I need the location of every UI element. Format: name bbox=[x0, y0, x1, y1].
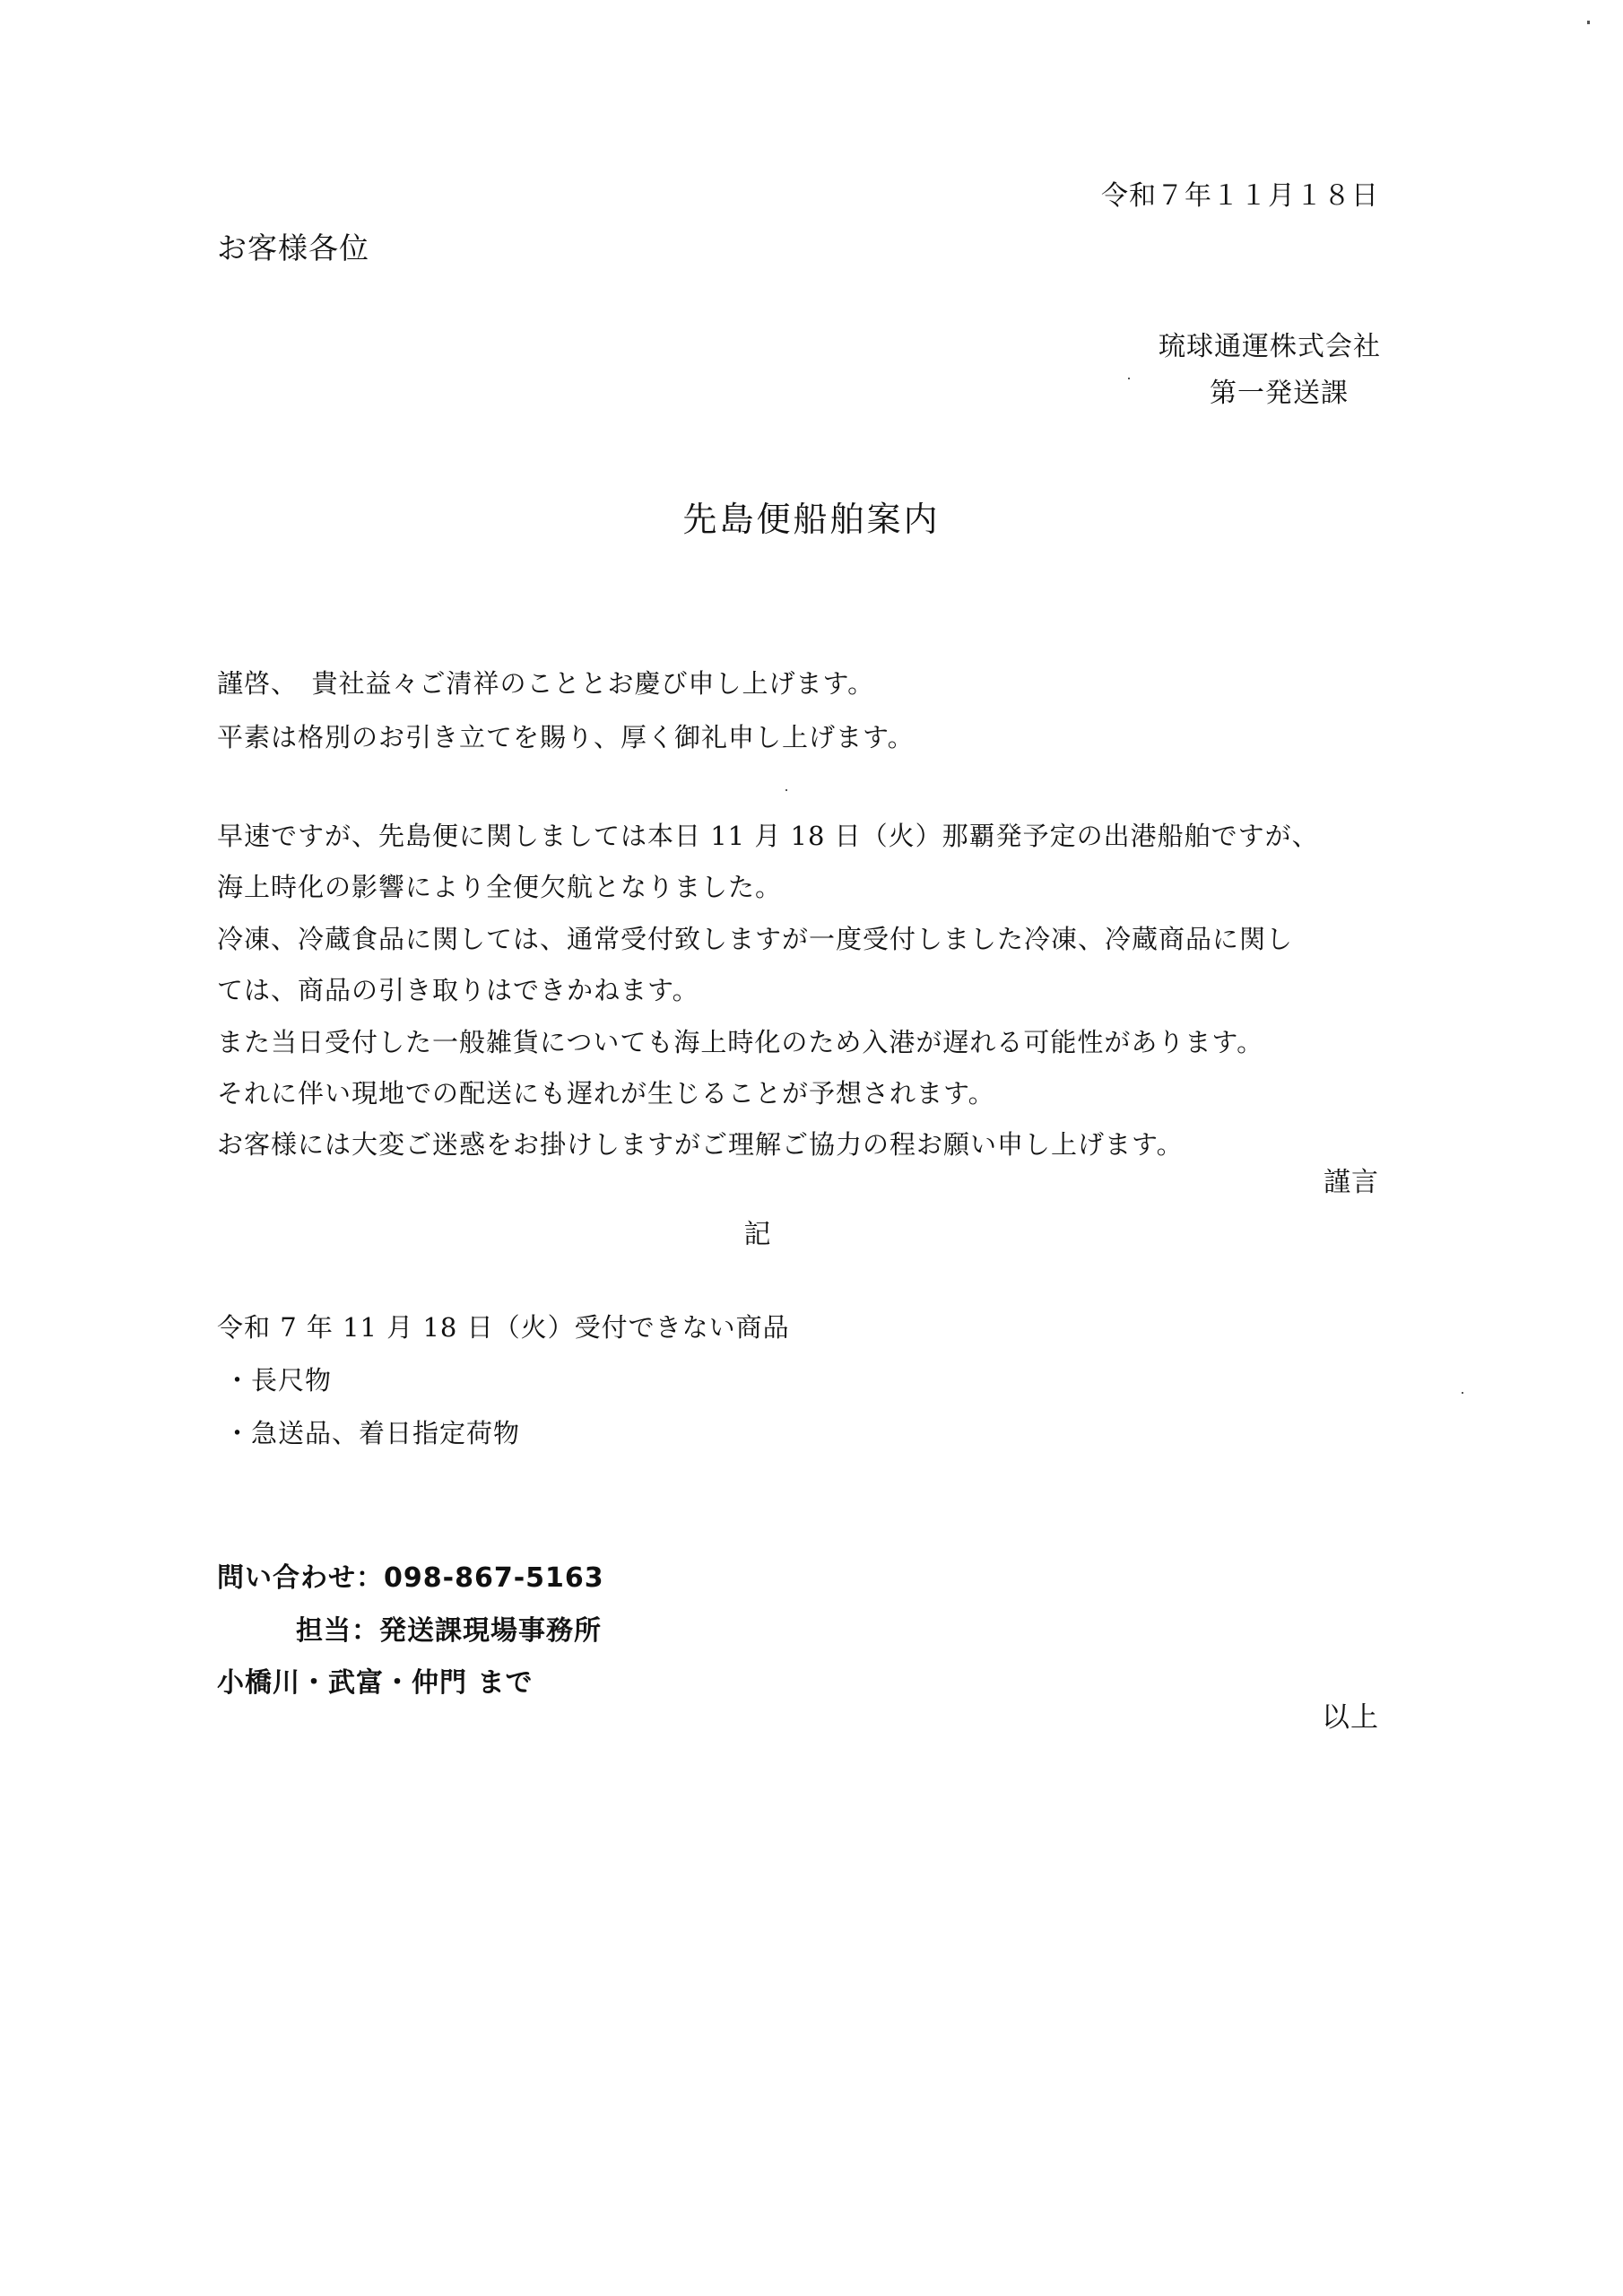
sender-company: 琉球通運株式会社 bbox=[1159, 334, 1381, 361]
document-page: 令和７年１１月１８日 お客様各位 琉球通運株式会社 第一発送課 先島便船舶案内 … bbox=[0, 0, 1623, 2296]
scan-speck bbox=[785, 789, 787, 791]
body-line: お客様には大変ご迷惑をお掛けしますがご理解ご協力の程お願い申し上げます。 bbox=[217, 1132, 1184, 1158]
document-title: 先島便船舶案内 bbox=[0, 502, 1623, 536]
scan-speck bbox=[1128, 378, 1130, 379]
scan-speck bbox=[1587, 21, 1590, 24]
contact-phone: 問い合わせ：098-867-5163 bbox=[217, 1565, 604, 1592]
addressee: お客様各位 bbox=[217, 233, 369, 263]
body-line: 海上時化の影響により全便欠航となりました。 bbox=[217, 874, 782, 900]
end-mark: 以上 bbox=[1322, 1704, 1379, 1732]
ki-heading: 記 bbox=[0, 1222, 1515, 1248]
notice-heading: 令和 7 年 11 月 18 日（火）受付できない商品 bbox=[217, 1315, 790, 1341]
notice-item: ・長尺物 bbox=[224, 1368, 332, 1394]
body-line: また当日受付した一般雑貨についても海上時化のため入港が遅れる可能性があります。 bbox=[217, 1030, 1263, 1056]
contact-names: 小橋川・武富・仲門 まで bbox=[217, 1670, 533, 1697]
document-date: 令和７年１１月１８日 bbox=[1101, 183, 1379, 210]
closing-phrase: 謹言 bbox=[1324, 1170, 1379, 1196]
body-line: それに伴い現地での配送にも遅れが生じることが予想されます。 bbox=[217, 1081, 995, 1107]
notice-item: ・急送品、着日指定荷物 bbox=[224, 1421, 520, 1447]
body-line: 冷凍、冷蔵食品に関しては、通常受付致しますが一度受付しました冷凍、冷蔵商品に関し bbox=[217, 926, 1293, 952]
greeting-line: 平素は格別のお引き立てを賜り、厚く御礼申し上げます。 bbox=[217, 725, 915, 751]
sender-department: 第一発送課 bbox=[1210, 380, 1349, 407]
scan-speck bbox=[1462, 1392, 1463, 1394]
body-line: ては、商品の引き取りはできかねます。 bbox=[217, 978, 699, 1004]
greeting-line: 謹啓、 貴社益々ご清祥のこととお慶び申し上げます。 bbox=[217, 671, 874, 697]
contact-person-in-charge: 担当：発送課現場事務所 bbox=[296, 1618, 602, 1645]
body-line: 早速ですが、先島便に関しましては本日 11 月 18 日（火）那覇発予定の出港船… bbox=[217, 823, 1319, 849]
